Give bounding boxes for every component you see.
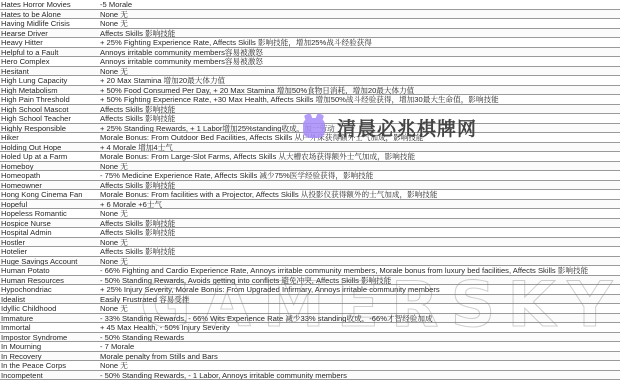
trait-effect-cell: Morale Bonus: From facilities with a Pro… <box>99 190 620 199</box>
trait-name-cell: Holding Out Hope <box>0 143 99 152</box>
trait-name-cell: Hates to be Alone <box>0 10 99 19</box>
trait-effect-cell: Annoys irritable community members容易被激怒 <box>99 57 620 66</box>
trait-table: Hates Horror Movies-5 MoraleHates to be … <box>0 0 620 380</box>
trait-effect-cell: None 无 <box>99 361 620 370</box>
trait-effect-cell: Affects Skills 影响技能 <box>99 114 620 123</box>
trait-name-cell: Homeopath <box>0 171 99 180</box>
trait-effect-cell: + 6 Morale +6士气 <box>99 200 620 209</box>
trait-name-cell: High Metabolism <box>0 86 99 95</box>
trait-name-cell: Huge Savings Account <box>0 257 99 266</box>
table-row: In Mourning- 7 Morale <box>0 342 620 352</box>
trait-name-cell: Immature <box>0 314 99 323</box>
trait-name-cell: Heavy Hitter <box>0 38 99 47</box>
trait-name-cell: Hong Kong Cinema Fan <box>0 190 99 199</box>
trait-effect-cell: Morale Bonus: From Outdoor Bed Facilitie… <box>99 133 620 142</box>
table-row: HomeownerAffects Skills 影响技能 <box>0 181 620 191</box>
table-row: Huge Savings AccountNone 无 <box>0 257 620 267</box>
trait-effect-cell: Easily Frustrated 容易受挫 <box>99 295 620 304</box>
trait-name-cell: Helpful to a Fault <box>0 48 99 57</box>
trait-name-cell: Human Potato <box>0 266 99 275</box>
trait-name-cell: In Recovery <box>0 352 99 361</box>
trait-effect-cell: - 33% Standing Rewards, - 66% Wits Exper… <box>99 314 620 323</box>
trait-name-cell: Hopeless Romantic <box>0 209 99 218</box>
trait-effect-cell: Affects Skills 影响技能 <box>99 181 620 190</box>
table-row: Hospice NurseAffects Skills 影响技能 <box>0 219 620 229</box>
table-row: Immortal + 45 Max Health, - 50% Injury S… <box>0 323 620 333</box>
table-row: Hates to be AloneNone 无 <box>0 10 620 20</box>
table-row: Hates Horror Movies-5 Morale <box>0 0 620 10</box>
table-row: Having Midlife CrisisNone 无 <box>0 19 620 29</box>
table-row: In the Peace CorpsNone 无 <box>0 361 620 371</box>
trait-name-cell: Hopeful <box>0 200 99 209</box>
table-row: In RecoveryMorale penalty from Stills an… <box>0 352 620 362</box>
table-row: Impostor Syndrome- 50% Standing Rewards <box>0 333 620 343</box>
trait-effect-cell: + 25% Injury Severity, Morale Bonus: Fro… <box>99 285 620 294</box>
trait-name-cell: High Lung Capacity <box>0 76 99 85</box>
table-row: Hopeless RomanticNone 无 <box>0 209 620 219</box>
trait-name-cell: Hesitant <box>0 67 99 76</box>
trait-effect-cell: - 50% Standing Rewards <box>99 333 620 342</box>
trait-effect-cell: Affects Skills 影响技能 <box>99 219 620 228</box>
trait-effect-cell: Morale Bonus: From Large-Slot Farms, Aff… <box>99 152 620 161</box>
table-row: Incompetent- 50% Standing Rewards, - 1 L… <box>0 371 620 381</box>
trait-effect-cell: None 无 <box>99 162 620 171</box>
trait-name-cell: Homeboy <box>0 162 99 171</box>
trait-name-cell: Hotelier <box>0 247 99 256</box>
trait-effect-cell: None 无 <box>99 257 620 266</box>
trait-effect-cell: - 50% Standing Rewards, Avoids getting i… <box>99 276 620 285</box>
trait-effect-cell: + 25% Fighting Experience Rate, Affects … <box>99 38 620 47</box>
table-row: Homeopath- 75% Medicine Experience Rate,… <box>0 171 620 181</box>
trait-name-cell: Hearse Driver <box>0 29 99 38</box>
table-row: High School TeacherAffects Skills 影响技能 <box>0 114 620 124</box>
table-row: Immature- 33% Standing Rewards, - 66% Wi… <box>0 314 620 324</box>
table-row: High School MascotAffects Skills 影响技能 <box>0 105 620 115</box>
table-row: HotelierAffects Skills 影响技能 <box>0 247 620 257</box>
trait-name-cell: Hero Complex <box>0 57 99 66</box>
table-row: High Lung Capacity + 20 Max Stamina 增加20… <box>0 76 620 86</box>
trait-effect-cell: + 50% Food Consumed Per Day, + 20 Max St… <box>99 86 620 95</box>
trait-name-cell: Hospital Admin <box>0 228 99 237</box>
trait-name-cell: Highly Responsible <box>0 124 99 133</box>
table-row: Hospital AdminAffects Skills 影响技能 <box>0 228 620 238</box>
trait-name-cell: Hates Horror Movies <box>0 0 99 9</box>
trait-name-cell: Hospice Nurse <box>0 219 99 228</box>
trait-effect-cell: None 无 <box>99 304 620 313</box>
trait-effect-cell: Affects Skills 影响技能 <box>99 105 620 114</box>
trait-effect-cell: + 4 Morale 增加4士气 <box>99 143 620 152</box>
trait-effect-cell: + 20 Max Stamina 增加20最大体力值 <box>99 76 620 85</box>
table-row: IdealistEasily Frustrated 容易受挫 <box>0 295 620 305</box>
trait-effect-cell: + 25% Standing Rewards, + 1 Labor增加25%st… <box>99 124 620 133</box>
trait-name-cell: Human Resources <box>0 276 99 285</box>
trait-effect-cell: None 无 <box>99 19 620 28</box>
trait-name-cell: Homeowner <box>0 181 99 190</box>
table-row: Human Resources- 50% Standing Rewards, A… <box>0 276 620 286</box>
trait-name-cell: High Pain Threshold <box>0 95 99 104</box>
trait-name-cell: Idealist <box>0 295 99 304</box>
trait-name-cell: Holed Up at a Farm <box>0 152 99 161</box>
table-row: HikerMorale Bonus: From Outdoor Bed Faci… <box>0 133 620 143</box>
trait-name-cell: Idyllic Childhood <box>0 304 99 313</box>
trait-effect-cell: Affects Skills 影响技能 <box>99 247 620 256</box>
table-row: Hopeful + 6 Morale +6士气 <box>0 200 620 210</box>
trait-effect-cell: None 无 <box>99 209 620 218</box>
trait-name-cell: Hostler <box>0 238 99 247</box>
table-row: Hearse DriverAffects Skills 影响技能 <box>0 29 620 39</box>
trait-effect-cell: - 66% Fighting and Cardio Experience Rat… <box>99 266 620 275</box>
table-row: Heavy Hitter + 25% Fighting Experience R… <box>0 38 620 48</box>
trait-effect-cell: - 75% Medicine Experience Rate, Affects … <box>99 171 620 180</box>
trait-effect-cell: Affects Skills 影响技能 <box>99 228 620 237</box>
trait-name-cell: Having Midlife Crisis <box>0 19 99 28</box>
table-row: Human Potato- 66% Fighting and Cardio Ex… <box>0 266 620 276</box>
table-row: Holding Out Hope + 4 Morale 增加4士气 <box>0 143 620 153</box>
table-row: Hypochondriac + 25% Injury Severity, Mor… <box>0 285 620 295</box>
trait-effect-cell: - 7 Morale <box>99 342 620 351</box>
table-row: Helpful to a FaultAnnoys irritable commu… <box>0 48 620 58</box>
trait-effect-cell: None 无 <box>99 67 620 76</box>
trait-name-cell: Hypochondriac <box>0 285 99 294</box>
trait-effect-cell: Morale penalty from Stills and Bars <box>99 352 620 361</box>
table-row: HesitantNone 无 <box>0 67 620 77</box>
table-row: HostlerNone 无 <box>0 238 620 248</box>
table-row: HomeboyNone 无 <box>0 162 620 172</box>
trait-effect-cell: None 无 <box>99 10 620 19</box>
trait-name-cell: In the Peace Corps <box>0 361 99 370</box>
table-row: Hero ComplexAnnoys irritable community m… <box>0 57 620 67</box>
trait-effect-cell: + 45 Max Health, - 50% Injury Severity <box>99 323 620 332</box>
table-row: High Metabolism + 50% Food Consumed Per … <box>0 86 620 96</box>
table-row: Hong Kong Cinema FanMorale Bonus: From f… <box>0 190 620 200</box>
trait-effect-cell: + 50% Fighting Experience Rate, +30 Max … <box>99 95 620 104</box>
trait-name-cell: High School Mascot <box>0 105 99 114</box>
trait-name-cell: High School Teacher <box>0 114 99 123</box>
trait-effect-cell: Annoys irritable community members容易被激怒 <box>99 48 620 57</box>
trait-effect-cell: Affects Skills 影响技能 <box>99 29 620 38</box>
table-row: High Pain Threshold + 50% Fighting Exper… <box>0 95 620 105</box>
table-row: Highly Responsible + 25% Standing Reward… <box>0 124 620 134</box>
trait-name-cell: Hiker <box>0 133 99 142</box>
table-row: Holed Up at a FarmMorale Bonus: From Lar… <box>0 152 620 162</box>
trait-effect-cell: - 50% Standing Rewards, - 1 Labor, Annoy… <box>99 371 620 380</box>
trait-name-cell: Impostor Syndrome <box>0 333 99 342</box>
table-row: Idyllic ChildhoodNone 无 <box>0 304 620 314</box>
trait-effect-cell: None 无 <box>99 238 620 247</box>
trait-effect-cell: -5 Morale <box>99 0 620 9</box>
trait-name-cell: Incompetent <box>0 371 99 380</box>
trait-name-cell: Immortal <box>0 323 99 332</box>
trait-name-cell: In Mourning <box>0 342 99 351</box>
